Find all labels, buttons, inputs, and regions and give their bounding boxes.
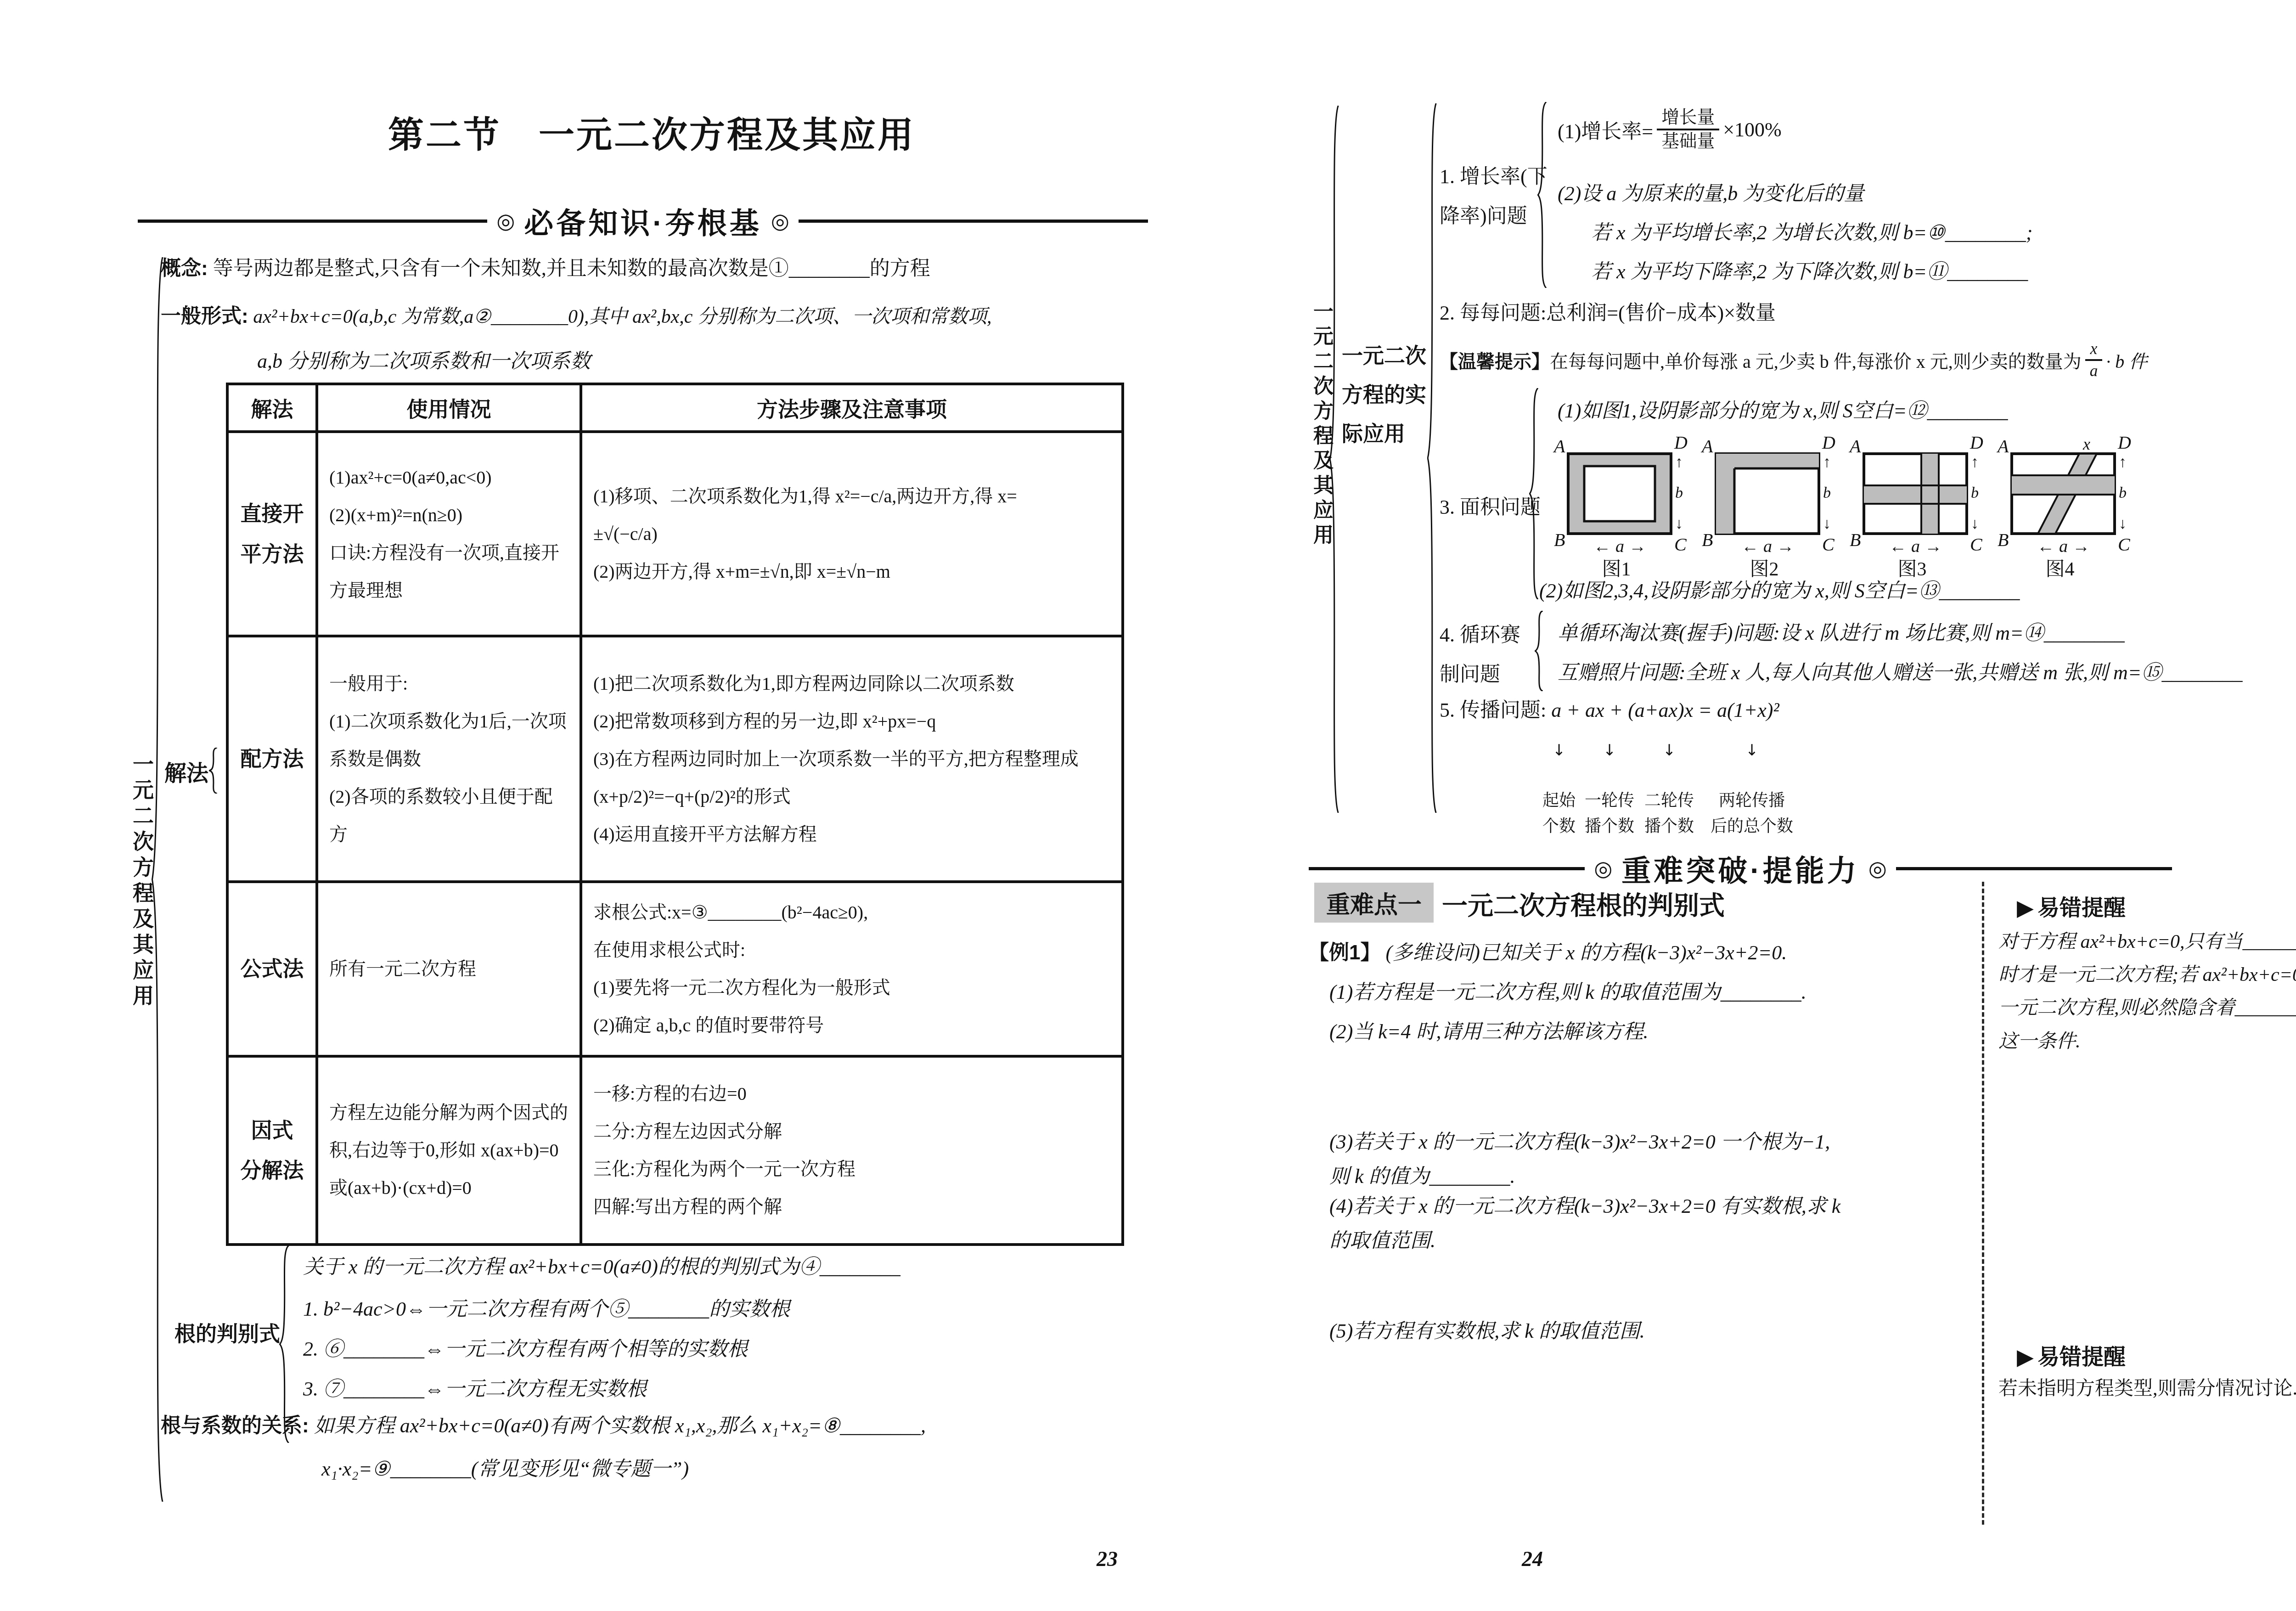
example-question-3: (3)若关于 x 的一元二次方程(k−3)x²−3x+2=0 一个根为−1, 则… [1329,1125,1830,1194]
profit-line: 2. 每每问题:总利润=(售价−成本)×数量 [1440,296,1776,326]
method-direct-sqrt: 直接开 平方法 [227,432,317,636]
example-intro: (多维设问)已知关于 x 的方程(k−3)x²−3x+2=0. [1385,941,1787,964]
method-factoring: 因式 分解法 [227,1056,317,1245]
warm-tip-tail: · b 件 [2106,347,2147,373]
spread-annotation-text: 一轮传 播个数 [1585,791,1634,835]
concept-lead: 概念: [161,257,208,280]
ring-icon: ◎ [1868,856,1887,881]
down-arrow-icon: ↓ [1701,738,1802,763]
usage-factoring: 方程左边能分解为两个因式的积,右边等于0,形如 x(ax+b)=0 或(ax+b… [317,1056,581,1245]
height-dimension-label: b [2119,484,2127,502]
sidebar-section-label: 一元二次方程的实际应用 [1342,336,1432,453]
methods-table: 解法 使用情况 方法步骤及注意事项 直接开 平方法 (1)ax²+c=0(a≠0… [226,383,1124,1246]
spread-annotation-round1: ↓ 一轮传 播个数 [1575,713,1644,839]
steps-formula: 求根公式:x=③________(b²−4ac≥0), 在使用求根公式时: (1… [581,882,1123,1056]
steps-factoring: 一移:方程的右边=0 二分:方程左边因式分解 三化:方程化为两个一元一次方程 四… [581,1056,1123,1245]
discriminant-label: 根的判别式 [174,1317,280,1347]
discriminant-item: 3. ⑦________⇔一元二次方程无实数根 [303,1372,647,1402]
warm-tip-fraction: x a [2085,339,2103,381]
error-tip-2-body: 若未指明方程类型,则需分情况讨论. [1998,1372,2296,1405]
area-brace [1529,388,1540,599]
chapter-brace-right [1329,106,1340,813]
vieta-text: 如果方程 ax²+bx+c=0(a≠0)有两个实数根 x₁,x₂,那么 x₁+x… [314,1414,926,1437]
discriminant-item: 1. b²−4ac>0⇔一元二次方程有两个⑤________的实数根 [303,1292,790,1322]
warm-tip-frac-numerator: x [2086,339,2102,359]
table-row: 配方法 一般用于: (1)二次项系数化为1后,一次项系数是偶数 (2)各项的系数… [227,636,1123,882]
usage-formula: 所有一元二次方程 [317,882,581,1056]
corner-label-B: B [1702,529,1713,551]
tournament-brace [1535,611,1545,691]
spread-annotation-text: 起始 个数 [1542,791,1576,835]
tournament-line2: 互赠照片问题:全班 x 人,每人向其他人赠送一张,共赠送 m 张,则 m=⑮__… [1558,656,2242,685]
corner-label-A: A [1554,435,1565,457]
header-rule-left [1309,867,1585,870]
header-rule-right [1896,867,2172,870]
area-line2: (2)如图2,3,4,设阴影部分的宽为 x,则 S空白=⑬________ [1539,574,2020,603]
growth-label: 1. 增长率(下 降率)问题 [1440,157,1548,236]
growth-line3: 若 x 为平均增长率,2 为增长次数,则 b=⑩________; [1591,216,2032,245]
corner-label-D: D [2118,432,2131,453]
page-number-left: 23 [1097,1547,1118,1571]
figure-2: A D B C ← a → ↑ b ↓ 图2 [1705,432,1842,583]
figure-1: A D B C ← a → ↑ b ↓ 图1 [1557,432,1694,583]
vieta-line2: x₁·x₂=⑨________(常见变形见“微专题一”) [321,1452,689,1481]
header-rule-left [138,220,487,223]
growth-brace [1537,102,1548,288]
error-tip-1-title: 易错提醒 [2037,896,2126,920]
figure-4-drawing [2010,452,2116,535]
method-formula: 公式法 [227,882,317,1056]
general-form-text: ax²+bx+c=0(a,b,c 为常数,a②________0),其中 ax²… [253,306,991,327]
growth-formula: (1)增长率= 增长量 基础量 ×100% [1558,107,1782,153]
page-title: 第二节 一元二次方程及其应用 [388,107,915,158]
down-arrow-icon: ↓ [1971,515,1979,533]
height-dimension-label: b [1971,484,1979,502]
corner-label-B: B [1998,529,2009,551]
ring-icon: ◎ [771,208,789,233]
growth-formula-lead: (1)增长率= [1558,115,1653,144]
growth-formula-tail: ×100% [1723,118,1781,141]
example-tag: 【例1】 [1309,941,1380,964]
error-tip-1-body: 对于方程 ax²+bx+c=0,只有当________时才是一元二次方程;若 a… [1998,925,2296,1058]
general-form-text2: a,b 分别称为二次项系数和一次项系数 [257,344,591,374]
general-form-line: 一般形式: ax²+bx+c=0(a,b,c 为常数,a②________0),… [161,299,1148,329]
col-header-steps: 方法步骤及注意事项 [581,384,1123,432]
example-question-4: (4)若关于 x 的一元二次方程(k−3)x²−3x+2=0 有实数根,求 k … [1329,1189,1840,1258]
vieta-line1: 根与系数的关系: 如果方程 ax²+bx+c=0(a≠0)有两个实数根 x₁,x… [161,1409,1148,1438]
table-row: 因式 分解法 方程左边能分解为两个因式的积,右边等于0,形如 x(ax+b)=0… [227,1056,1123,1245]
spread-annotation-round2: ↓ 二轮传 播个数 [1635,713,1704,839]
spread-annotation-text: 二轮传 播个数 [1644,791,1694,835]
solve-methods-brace [209,748,219,794]
height-dimension-label: b [1675,484,1683,502]
growth-line2: (2)设 a 为原来的量,b 为变化后的量 [1558,177,1864,206]
corner-label-B: B [1554,529,1565,551]
growth-fraction: 增长量 基础量 [1657,107,1719,153]
table-row: 直接开 平方法 (1)ax²+c=0(a≠0,ac<0) (2)(x+m)²=n… [227,432,1123,636]
example-question-2: (2)当 k=4 时,请用三种方法解该方程. [1329,1015,1649,1044]
corner-label-D: D [1674,432,1688,453]
growth-frac-numerator: 增长量 [1657,107,1719,129]
solve-methods-label: 解法 [164,755,208,787]
figure-2-drawing [1715,452,1820,535]
height-dimension: ↑ b ↓ [1823,454,1831,533]
error-tip-2-header: ▶易错提醒 [2017,1339,2126,1371]
area-line1: (1)如图1,设阴影部分的宽为 x,则 S空白=⑫________ [1558,394,2008,423]
height-dimension-label: b [1823,484,1831,502]
height-dimension: ↑ b ↓ [2119,454,2127,533]
spread-annotation-text: 两轮传播 后的总个数 [1711,791,1793,835]
error-tip-1-header: ▶易错提醒 [2017,890,2126,922]
corner-label-A: A [1850,435,1861,457]
corner-label-A: A [1702,435,1713,457]
header-rule-right [799,220,1148,223]
ring-icon: ◎ [1594,856,1612,881]
figure-3: A D B C ← a → ↑ b ↓ 图3 [1852,432,1990,583]
usage-direct-sqrt: (1)ax²+c=0(a≠0,ac<0) (2)(x+m)²=n(n≥0) 口诀… [317,432,581,636]
corner-label-B: B [1850,529,1861,551]
warm-tip-frac-denominator: a [2085,359,2103,381]
knowledge-header-text: 必备知识·夯根基 [524,200,761,242]
area-label: 3. 面积问题 [1440,490,1541,520]
down-arrow-icon: ↓ [1823,515,1831,533]
warm-tip-line: 【温馨提示】 在每每问题中,单价每涨 a 元,少卖 b 件,每涨价 x 元,则少… [1440,339,2147,381]
figure-1-drawing [1567,452,1672,535]
table-row: 公式法 所有一元二次方程 求根公式:x=③________(b²−4ac≥0),… [227,882,1123,1056]
example-question-1: (1)若方程是一元二次方程,则 k 的取值范围为________. [1329,975,1806,1005]
stripe-width-label: x [2083,434,2090,454]
corner-label-C: C [1674,534,1687,555]
method-completing-square: 配方法 [227,636,317,882]
concept-text: 等号两边都是整式,只含有一个未知数,并且未知数的最高次数是①________的方… [213,257,930,280]
down-arrow-icon: ↓ [1635,738,1704,763]
discriminant-intro: 关于 x 的一元二次方程 ax²+bx+c=0(a≠0)的根的判别式为④____… [303,1250,900,1279]
up-arrow-icon: ↑ [1971,454,1979,471]
concept-line: 概念: 等号两边都是整式,只含有一个未知数,并且未知数的最高次数是①______… [161,252,1148,281]
error-tip-2-title: 易错提醒 [2037,1345,2126,1369]
column-divider [1982,882,1984,1525]
breakthrough-header-text: 重难突破·提能力 [1621,847,1859,890]
spread-annotation-total: ↓ 两轮传播 后的总个数 [1701,713,1802,839]
section-brace-right [1427,103,1438,813]
discriminant-item: 2. ⑥________⇔一元二次方程有两个相等的实数根 [303,1332,748,1362]
down-arrow-icon: ↓ [1575,738,1644,763]
example-intro-line: 【例1】 (多维设问)已知关于 x 的方程(k−3)x²−3x+2=0. [1309,936,1965,965]
keypoint-badge: 重难点一 [1314,883,1434,923]
steps-completing-square: (1)把二次项系数化为1,即方程两边同除以二次项系数 (2)把常数项移到方程的另… [581,636,1123,882]
vieta-lead: 根与系数的关系: [161,1414,309,1437]
corner-label-C: C [1970,534,1982,555]
down-arrow-icon: ↓ [1675,515,1683,533]
corner-label-A: A [1998,435,2009,457]
figure-3-drawing [1863,452,1968,535]
triangle-icon: ▶ [2017,895,2034,921]
growth-frac-denominator: 基础量 [1657,129,1719,152]
figure-4: A D B C x ← a → ↑ b ↓ 图4 [2000,432,2138,583]
corner-label-C: C [1822,534,1835,555]
general-form-lead: 一般形式: [161,305,248,327]
up-arrow-icon: ↑ [1675,454,1683,471]
page-number-right: 24 [1522,1547,1543,1571]
corner-label-C: C [2118,534,2130,555]
up-arrow-icon: ↑ [2119,454,2127,471]
corner-label-D: D [1822,432,1835,453]
col-header-method: 解法 [227,384,317,432]
keypoint-title: 一元二次方程根的判别式 [1442,885,1725,922]
up-arrow-icon: ↑ [1823,454,1831,471]
col-header-usage: 使用情况 [317,384,581,432]
tournament-label: 4. 循环赛 制问题 [1440,615,1520,694]
corner-label-D: D [1970,432,1983,453]
triangle-icon: ▶ [2017,1344,2034,1370]
warm-tip-text: 在每每问题中,单价每涨 a 元,少卖 b 件,每涨价 x 元,则少卖的数量为 [1550,347,2082,373]
down-arrow-icon: ↓ [2119,515,2127,533]
breakthrough-section-header: ◎ 重难突破·提能力 ◎ [1309,847,2172,890]
steps-direct-sqrt: (1)移项、二次项系数化为1,得 x²=−c/a,两边开方,得 x= ±√(−c… [581,432,1123,636]
growth-line4: 若 x 为平均下降率,2 为下降次数,则 b=⑪________ [1591,255,2028,284]
knowledge-section-header: ◎ 必备知识·夯根基 ◎ [138,200,1148,242]
ring-icon: ◎ [496,208,515,233]
tournament-line1: 单循环淘汰赛(握手)问题:设 x 队进行 m 场比赛,则 m=⑭________ [1558,616,2125,646]
table-header-row: 解法 使用情况 方法步骤及注意事项 [227,384,1123,432]
example-question-5: (5)若方程有实数根,求 k 的取值范围. [1329,1314,1645,1344]
height-dimension: ↑ b ↓ [1675,454,1683,533]
sidebar-chapter-label: 一元二次方程及其应用 [127,753,157,1010]
height-dimension: ↑ b ↓ [1971,454,1979,533]
usage-completing-square: 一般用于: (1)二次项系数化为1后,一次项系数是偶数 (2)各项的系数较小且便… [317,636,581,882]
scanned-textbook-spread: 第二节 一元二次方程及其应用 ◎ 必备知识·夯根基 ◎ 概念: 等号两边都是整式… [0,0,2296,1611]
warm-tip-lead: 【温馨提示】 [1440,347,1550,373]
